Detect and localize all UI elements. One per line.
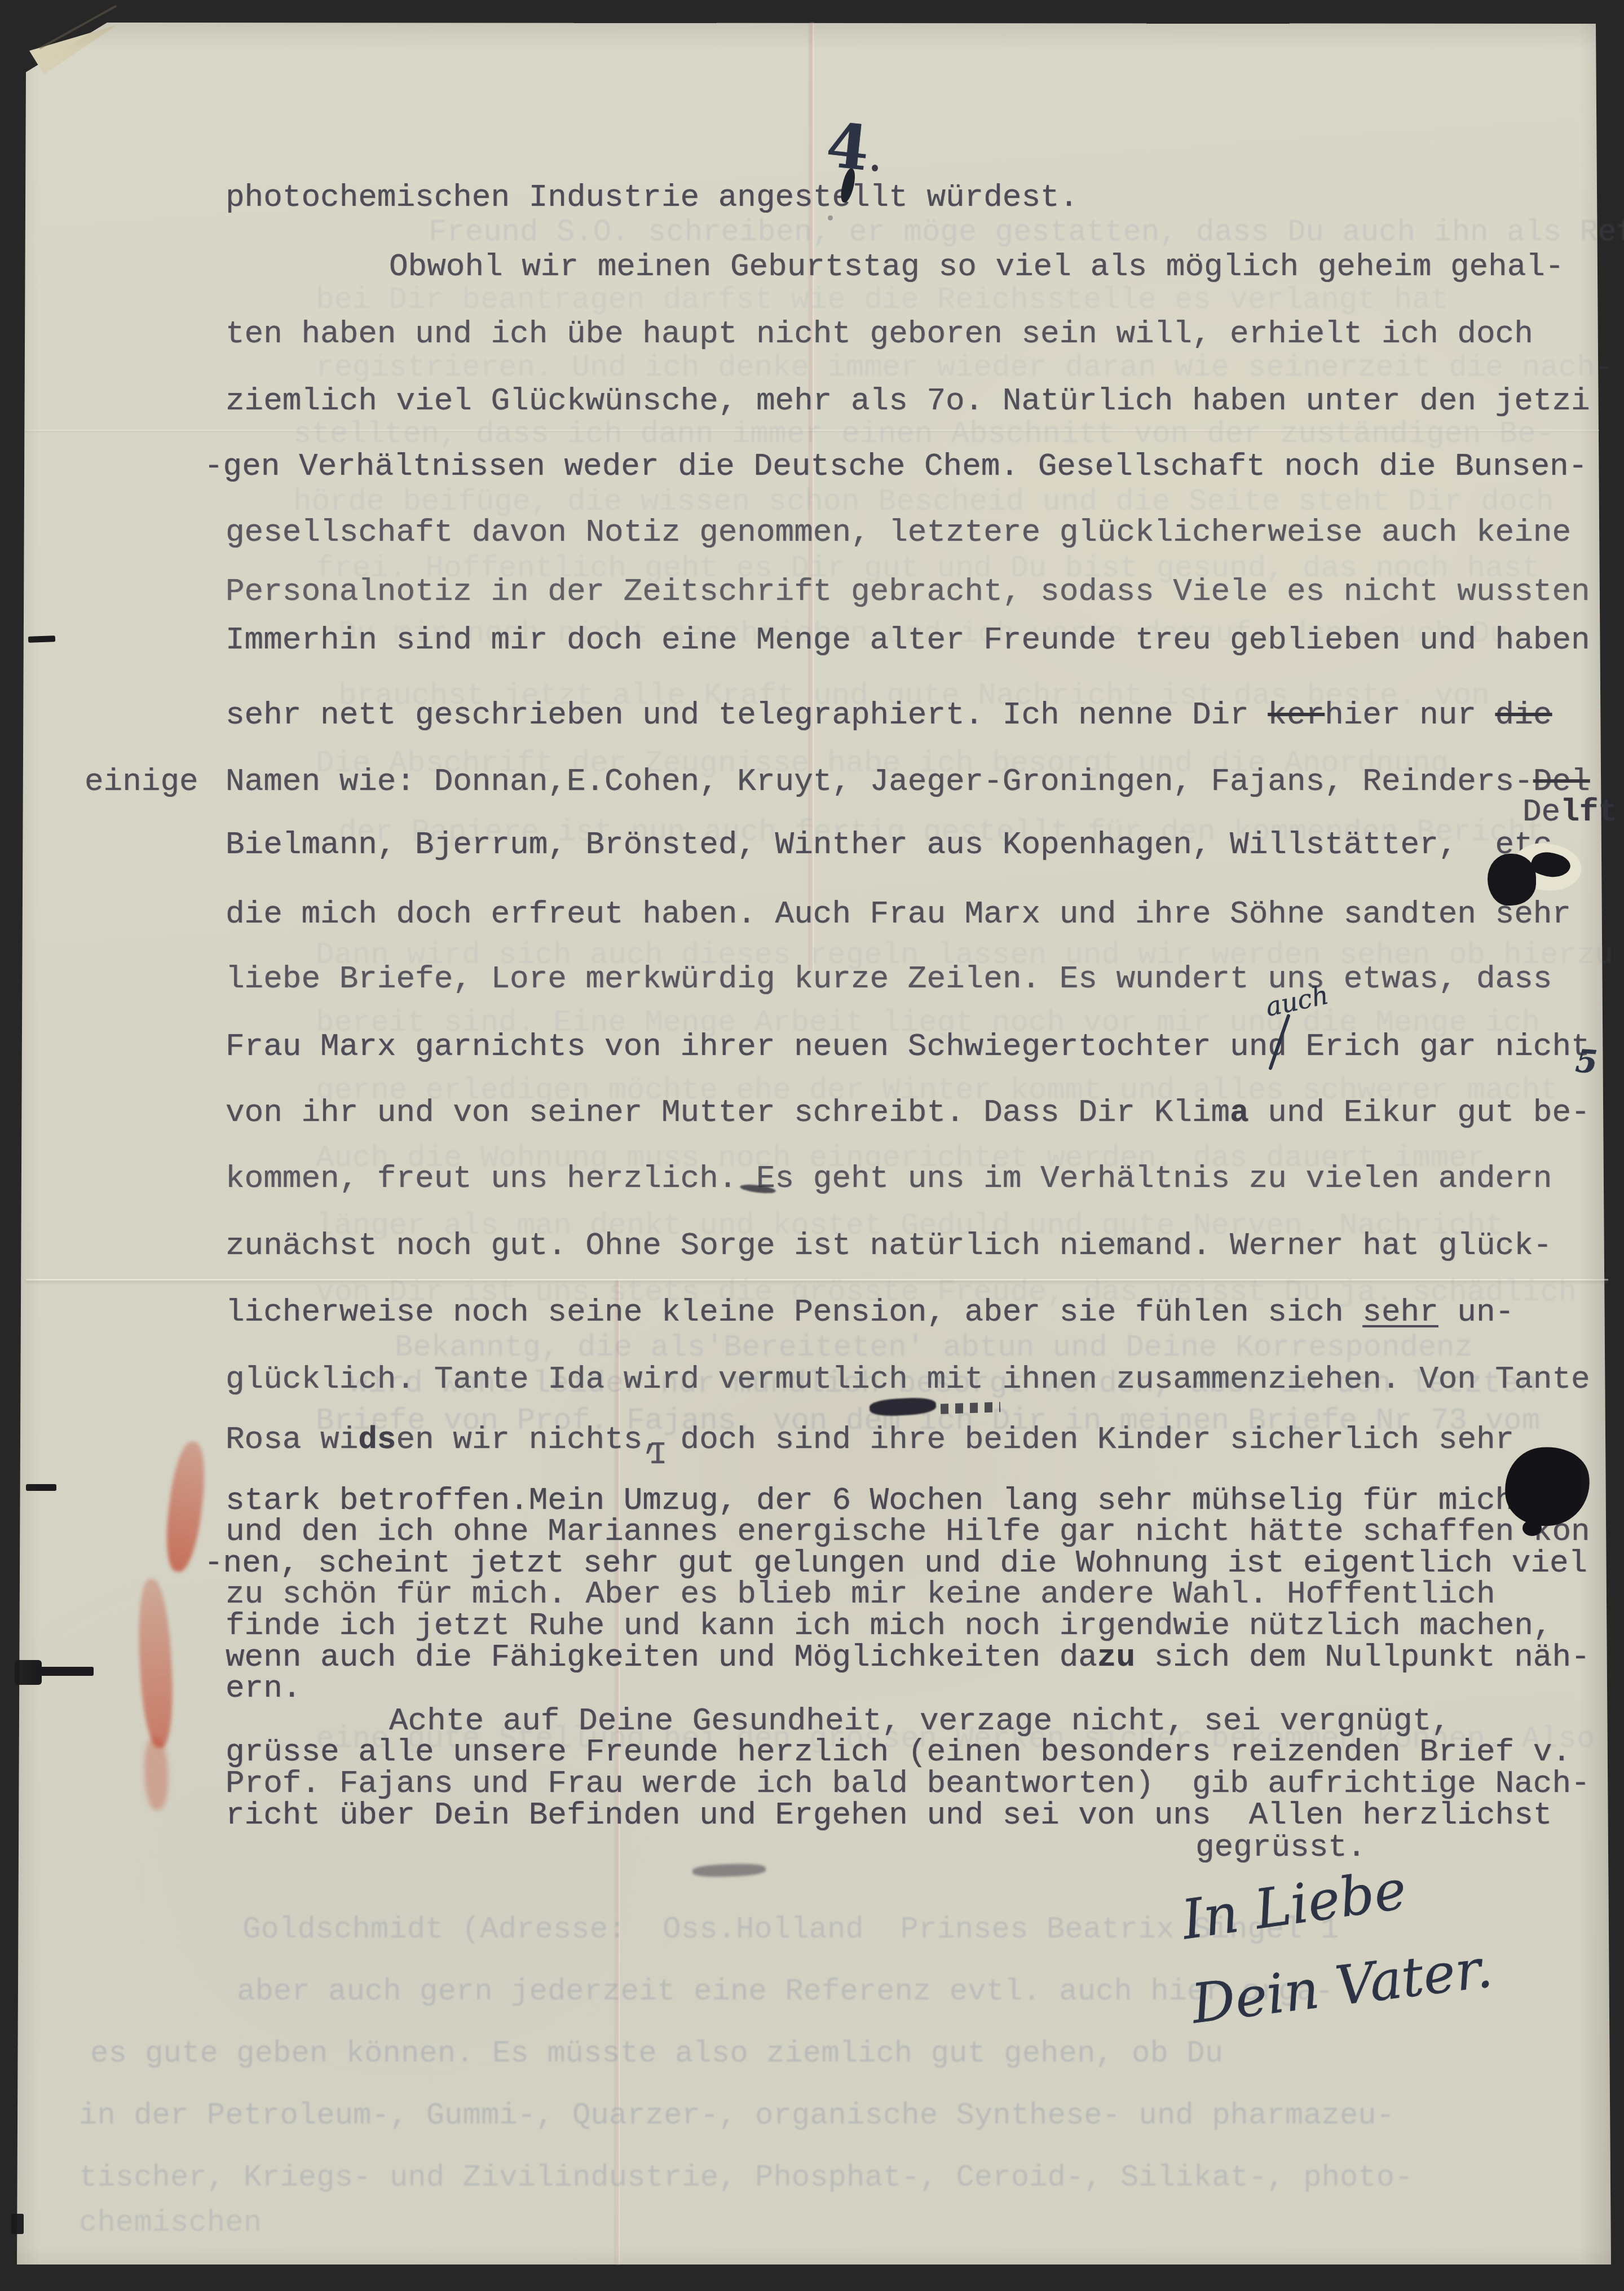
typed-line: zunächst noch gut. Ohne Sorge ist natürl… (226, 1230, 1552, 1261)
typed-line: Delft (1522, 796, 1617, 828)
typed-line: Immerhin sind mir doch eine Menge alter … (226, 624, 1590, 656)
edge-mark (39, 1667, 94, 1676)
bleedthrough-line: Freund S.O. schreiben, er möge gestatten… (429, 218, 1624, 248)
typed-line: finde ich jetzt Ruhe und kann ich mich n… (226, 1610, 1552, 1641)
typed-text: photochemischen Industrie angestellt wür… (226, 179, 1078, 215)
typed-text: ten haben und ich übe haupt nicht gebore… (226, 316, 1533, 352)
typed-line: gegrüsst. (1195, 1831, 1366, 1863)
ink-blot (1522, 1520, 1542, 1536)
typed-line: gesellschaft davon Notiz genommen, letzt… (226, 517, 1571, 548)
typed-text: Frau Marx garnichts von ihrer neuen Schw… (226, 1028, 1590, 1065)
edge-mark (28, 635, 55, 643)
typed-text: un- (1438, 1294, 1514, 1330)
typed-text: und den ich ohne Mariannes energische Hi… (226, 1513, 1590, 1550)
typed-line: grüsse alle unsere Freunde herzlich (ein… (226, 1736, 1571, 1768)
typed-text: sehr nett geschrieben und telegraphiert.… (226, 697, 1268, 733)
typed-text: Immerhin sind mir doch eine Menge alter … (226, 622, 1590, 658)
typed-text: kommen, freut uns herzlich. Es geht uns … (226, 1160, 1552, 1197)
struck-text: ker (1268, 697, 1325, 733)
typed-text: De (1522, 794, 1560, 830)
typed-text: sehr (1362, 1294, 1438, 1330)
typed-line: ziemlich viel Glückwünsche, mehr als 7o.… (226, 385, 1590, 417)
typed-text: ds (358, 1422, 396, 1458)
handwritten-text: 5 (1574, 1043, 1599, 1082)
typed-text: gegrüsst. (1195, 1829, 1366, 1865)
typed-text: Rosa wi (226, 1422, 358, 1458)
bleedthrough-line: Goldschmidt (Adresse: Oss.Holland Prinse… (242, 1915, 1339, 1945)
typed-text: licherweise noch seine kleine Pension, a… (226, 1294, 1362, 1330)
typed-line: -gen Verhältnissen weder die Deutsche Ch… (204, 451, 1587, 482)
typed-line: richt über Dein Befinden und Ergehen und… (226, 1799, 1552, 1831)
typed-line: und den ich ohne Mariannes energische Hi… (226, 1516, 1590, 1547)
typed-line: Bielmann, Bjerrum, Brönsted, Winther aus… (226, 829, 1571, 860)
edge-mark (11, 2214, 24, 2234)
scanned-letter-page: Freund S.O. schreiben, er möge gestatten… (0, 0, 1624, 2291)
typed-line: kommen, freut uns herzlich. Es geht uns … (226, 1163, 1552, 1194)
typed-text: en wir nichts, doch sind ihre beiden Kin… (396, 1422, 1514, 1458)
typed-line: Achte auf Deine Gesundheit, verzage nich… (389, 1705, 1450, 1737)
typed-line: liebe Briefe, Lore merkwürdig kurze Zeil… (226, 963, 1552, 995)
typed-line: wenn auch die Fähigkeiten und Möglichkei… (226, 1641, 1590, 1673)
struck-out-word-dashes (941, 1402, 1001, 1414)
bleedthrough-line: Bekanntg, die als'Bereiteten' abtun und … (395, 1333, 1473, 1363)
bleedthrough-line: tischer, Kriegs- und Zivilindustrie, Pho… (79, 2163, 1413, 2193)
typed-line: Frau Marx garnichts von ihrer neuen Schw… (226, 1031, 1590, 1062)
typed-text: ern. (226, 1670, 301, 1706)
typed-text: Obwohl wir meinen Geburtstag so viel als… (389, 249, 1564, 285)
typed-text: sich dem Nullpunkt näh- (1135, 1639, 1590, 1675)
typed-line: -nen, scheint jetzt sehr gut gelungen un… (204, 1547, 1587, 1579)
bleedthrough-line: in der Petroleum-, Gummi-, Quarzer-, org… (79, 2101, 1394, 2131)
typed-text: von ihr und von seiner Mutter schreibt. … (226, 1094, 1230, 1131)
typed-line: Personalnotiz in der Zeitschrift gebrach… (226, 576, 1590, 607)
typed-line: einige (85, 766, 198, 797)
typed-line: Obwohl wir meinen Geburtstag so viel als… (389, 251, 1564, 282)
typed-text: einige (85, 763, 198, 800)
typed-text: Namen wie: Donnan,E.Cohen, Kruyt, Jaeger… (226, 763, 1533, 800)
bleedthrough-line: chemischen (79, 2208, 262, 2239)
typed-line: von ihr und von seiner Mutter schreibt. … (226, 1097, 1590, 1128)
typed-text: Prof. Fajans und Frau werde ich bald bea… (226, 1765, 1590, 1802)
typed-line: licherweise noch seine kleine Pension, a… (226, 1296, 1514, 1328)
typed-text: lft (1560, 794, 1617, 830)
typed-text: zunächst noch gut. Ohne Sorge ist natürl… (226, 1228, 1552, 1264)
typed-text: Personalnotiz in der Zeitschrift gebrach… (226, 573, 1590, 610)
typed-text: liebe Briefe, Lore merkwürdig kurze Zeil… (226, 961, 1552, 997)
typed-line: Namen wie: Donnan,E.Cohen, Kruyt, Jaeger… (226, 766, 1590, 797)
ink-dot (872, 165, 878, 171)
typed-text: zu schön für mich. Aber es blieb mir kei… (226, 1576, 1495, 1612)
typed-text: Bielmann, Bjerrum, Brönsted, Winther aus… (226, 827, 1571, 863)
typed-text: finde ich jetzt Ruhe und kann ich mich n… (226, 1608, 1552, 1644)
ink-blot (1488, 854, 1536, 906)
bleedthrough-line: registrieren. Und ich denke immer wieder… (316, 353, 1613, 383)
typed-text: hier nur (1325, 697, 1495, 733)
typed-text: richt über Dein Befinden und Ergehen und… (226, 1797, 1552, 1833)
typed-line: ten haben und ich übe haupt nicht gebore… (226, 318, 1533, 350)
typed-line: I (648, 1439, 668, 1471)
typed-text: I (648, 1437, 668, 1473)
bleedthrough-line: aber auch gern jederzeit eine Referenz e… (237, 1977, 1333, 2007)
typed-line: zu schön für mich. Aber es blieb mir kei… (226, 1578, 1495, 1610)
typed-line: die mich doch erfreut haben. Auch Frau M… (226, 898, 1571, 930)
typed-line: Rosa widsen wir nichts, doch sind ihre b… (226, 1424, 1514, 1455)
bleedthrough-line: bei Dir beantragen darfst wie die Reichs… (316, 285, 1449, 316)
bleedthrough-line: es gute geben können. Es müsste also zie… (90, 2039, 1223, 2069)
typed-line: stark betroffen.Mein Umzug, der 6 Wochen… (226, 1485, 1590, 1516)
struck-text: die (1495, 697, 1552, 733)
typed-line: photochemischen Industrie angestellt wür… (226, 182, 1078, 213)
bleedthrough-line: stellten, dass ich dann immer einen Absc… (293, 420, 1554, 450)
edge-mark (15, 1660, 42, 1685)
typed-line: glücklich. Tante Ida wird vermutlich mit… (226, 1363, 1590, 1395)
typed-text: a (1230, 1094, 1249, 1131)
ink-dot (828, 215, 833, 220)
typed-text: die mich doch erfreut haben. Auch Frau M… (226, 896, 1571, 932)
typed-text: wenn auch die Fähigkeiten und Möglichkei… (226, 1639, 1097, 1675)
edge-mark (26, 1484, 56, 1491)
typed-text: ziemlich viel Glückwünsche, mehr als 7o.… (226, 383, 1590, 419)
typed-text: -gen Verhältnissen weder die Deutsche Ch… (204, 448, 1587, 484)
typed-text: und Eikur gut be- (1249, 1094, 1590, 1131)
typed-text: gesellschaft davon Notiz genommen, letzt… (226, 514, 1571, 550)
typed-text: glücklich. Tante Ida wird vermutlich mit… (226, 1361, 1590, 1397)
typed-line: ern. (226, 1672, 301, 1704)
typed-line: sehr nett geschrieben und telegraphiert.… (226, 699, 1552, 731)
bleedthrough-line: hörde beifüge, die wissen schon Bescheid… (293, 487, 1554, 518)
typed-line: Prof. Fajans und Frau werde ich bald bea… (226, 1768, 1590, 1799)
typed-text: zu (1097, 1639, 1135, 1675)
typed-text: grüsse alle unsere Freunde herzlich (ein… (226, 1734, 1571, 1770)
